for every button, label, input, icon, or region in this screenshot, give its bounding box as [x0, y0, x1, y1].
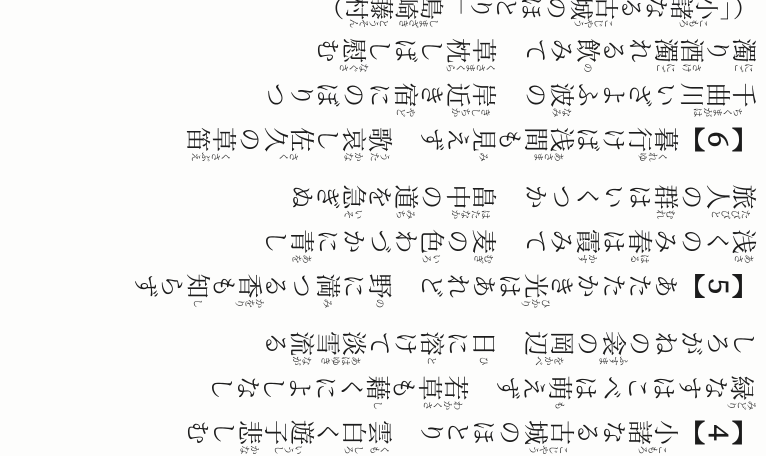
ruby-annotated-word: 哀かな — [341, 124, 367, 151]
ruby-annotated-word: 岡辺をかべ — [523, 328, 575, 355]
ruby-annotated-word: 暮行くれゆ — [627, 124, 679, 151]
ruby-annotated-word: 満み — [315, 270, 341, 297]
ruby-annotated-word: 藤村とうそん — [344, 0, 394, 18]
ruby-annotated-word: 道みち — [393, 181, 419, 208]
ruby-annotated-word: 流なが — [289, 328, 315, 355]
ruby-annotated-word: 慰なぐさ — [341, 35, 367, 62]
ruby-annotated-word: 野の — [367, 270, 393, 297]
verse-line: 【６】暮行くれゆけば浅間あさまも見みえず 歌うた哀かなし佐久さくの草笛くさぶえ — [0, 116, 757, 161]
stanza-5: 【５】あたたかき光ひかりはあれど 野のに満みつる香かをりも知しらず浅あさくのみ春… — [0, 173, 757, 307]
verse-line: 千曲川ちくまがはいざよふ波なみの 岸近きしちかき宿やどにのぼりつ — [0, 71, 757, 116]
ruby-annotated-word: 麦むぎ — [471, 226, 497, 253]
attribution-line: （「小諸こもろなる古城こじやうのほとり」島崎しまざき藤村とうそん） — [0, 0, 757, 27]
ruby-annotated-word: 酒さけ — [679, 35, 705, 62]
ruby-annotated-word: 旅人たびびと — [705, 181, 757, 208]
stanza-marker: 【５】 — [679, 270, 757, 297]
ruby-annotated-word: 宿やど — [393, 79, 419, 106]
ruby-annotated-word: 知し — [185, 270, 211, 297]
ruby-annotated-word: 千曲川ちくまがは — [679, 79, 757, 106]
verse-line: 旅人たびびとの群むれはいくつか 畠中はたなかの道みちを急いそぎぬ — [0, 173, 757, 218]
ruby-annotated-word: 雲くも — [367, 417, 393, 444]
ruby-annotated-word: 急いそ — [341, 181, 367, 208]
verse-line: 濁にごり酒さけ濁にごれる飲のみて 草枕くさまくらしばし慰なぐさむ — [0, 27, 757, 72]
ruby-annotated-word: 草笛くさぶえ — [185, 124, 237, 151]
ruby-annotated-word: 春はる — [627, 226, 653, 253]
verse-line: 浅あさくのみ春はるは霞かすみて 麦むぎの色いろわづかに青あをし — [0, 218, 757, 263]
ruby-annotated-word: 悲かな — [237, 417, 263, 444]
verse-line: 【５】あたたかき光ひかりはあれど 野のに満みつる香かをりも知しらず — [0, 262, 757, 307]
ruby-annotated-word: 古城こじやう — [523, 417, 575, 444]
ruby-annotated-word: 濁にご — [731, 35, 757, 62]
stanza-6: 【６】暮行くれゆけば浅間あさまも見みえず 歌うた哀かなし佐久さくの草笛くさぶえ千… — [0, 0, 757, 160]
ruby-annotated-word: 古城こじやう — [569, 0, 619, 18]
ruby-annotated-word: 島崎しまざき — [394, 0, 444, 18]
verse-line: しろがねの衾ふすまの岡辺をかべ 日ひに溶とけて淡雪あはゆき流ながる — [0, 320, 757, 365]
stanza-marker: 【４】 — [679, 417, 757, 444]
ruby-annotated-word: 小諸こもろ — [669, 0, 719, 18]
ruby-annotated-word: 光ひかり — [523, 270, 549, 297]
ruby-annotated-word: 岸近きしちか — [445, 79, 497, 106]
stanza-marker: 【６】 — [679, 124, 757, 151]
ruby-annotated-word: 霞かす — [575, 226, 601, 253]
ruby-annotated-word: 色いろ — [419, 226, 445, 253]
verse-line: 【４】小諸こもろなる古城こじやうのほとり 雲くも白しろく遊子いうし悲かなしむ — [0, 409, 757, 454]
ruby-annotated-word: 衾ふすま — [601, 328, 627, 355]
ruby-annotated-word: 若草わかくさ — [417, 372, 469, 399]
ruby-annotated-word: 日ひ — [471, 328, 497, 355]
ruby-annotated-word: 畠中はたなか — [445, 181, 497, 208]
poem-page: 【４】小諸こもろなる古城こじやうのほとり 雲くも白しろく遊子いうし悲かなしむ緑み… — [0, 0, 766, 456]
ruby-annotated-word: 遊子いうし — [263, 417, 315, 444]
ruby-annotated-word: 緑みどり — [729, 372, 757, 399]
ruby-annotated-word: 群むれ — [653, 181, 679, 208]
ruby-annotated-word: 歌うた — [367, 124, 393, 151]
ruby-annotated-word: 青あを — [289, 226, 315, 253]
ruby-annotated-word: 浅間あさま — [523, 124, 575, 151]
ruby-annotated-word: 佐久さく — [263, 124, 315, 151]
ruby-annotated-word: 浅あさ — [731, 226, 757, 253]
ruby-annotated-word: 濁にご — [653, 35, 679, 62]
ruby-annotated-word: 藉し — [365, 372, 391, 399]
ruby-annotated-word: 香かをり — [237, 270, 263, 297]
stanza-4: 【４】小諸こもろなる古城こじやうのほとり 雲くも白しろく遊子いうし悲かなしむ緑み… — [0, 320, 757, 454]
verse-line: 緑みどりなすはこべは萌もえず 若草わかくさも藉しくによしなし — [0, 364, 757, 409]
poem-document: 【４】小諸こもろなる古城こじやうのほとり 雲くも白しろく遊子いうし悲かなしむ緑み… — [0, 0, 766, 456]
ruby-annotated-word: 草枕くさまくら — [445, 35, 497, 62]
ruby-annotated-word: 見み — [471, 124, 497, 151]
ruby-annotated-word: 萌も — [547, 372, 573, 399]
ruby-annotated-word: 小諸こもろ — [627, 417, 679, 444]
ruby-annotated-word: 波なみ — [549, 79, 575, 106]
ruby-annotated-word: 白しろ — [341, 417, 367, 444]
ruby-annotated-word: 淡雪あはゆき — [315, 328, 367, 355]
ruby-annotated-word: 溶と — [419, 328, 445, 355]
ruby-annotated-word: 飲の — [575, 35, 601, 62]
